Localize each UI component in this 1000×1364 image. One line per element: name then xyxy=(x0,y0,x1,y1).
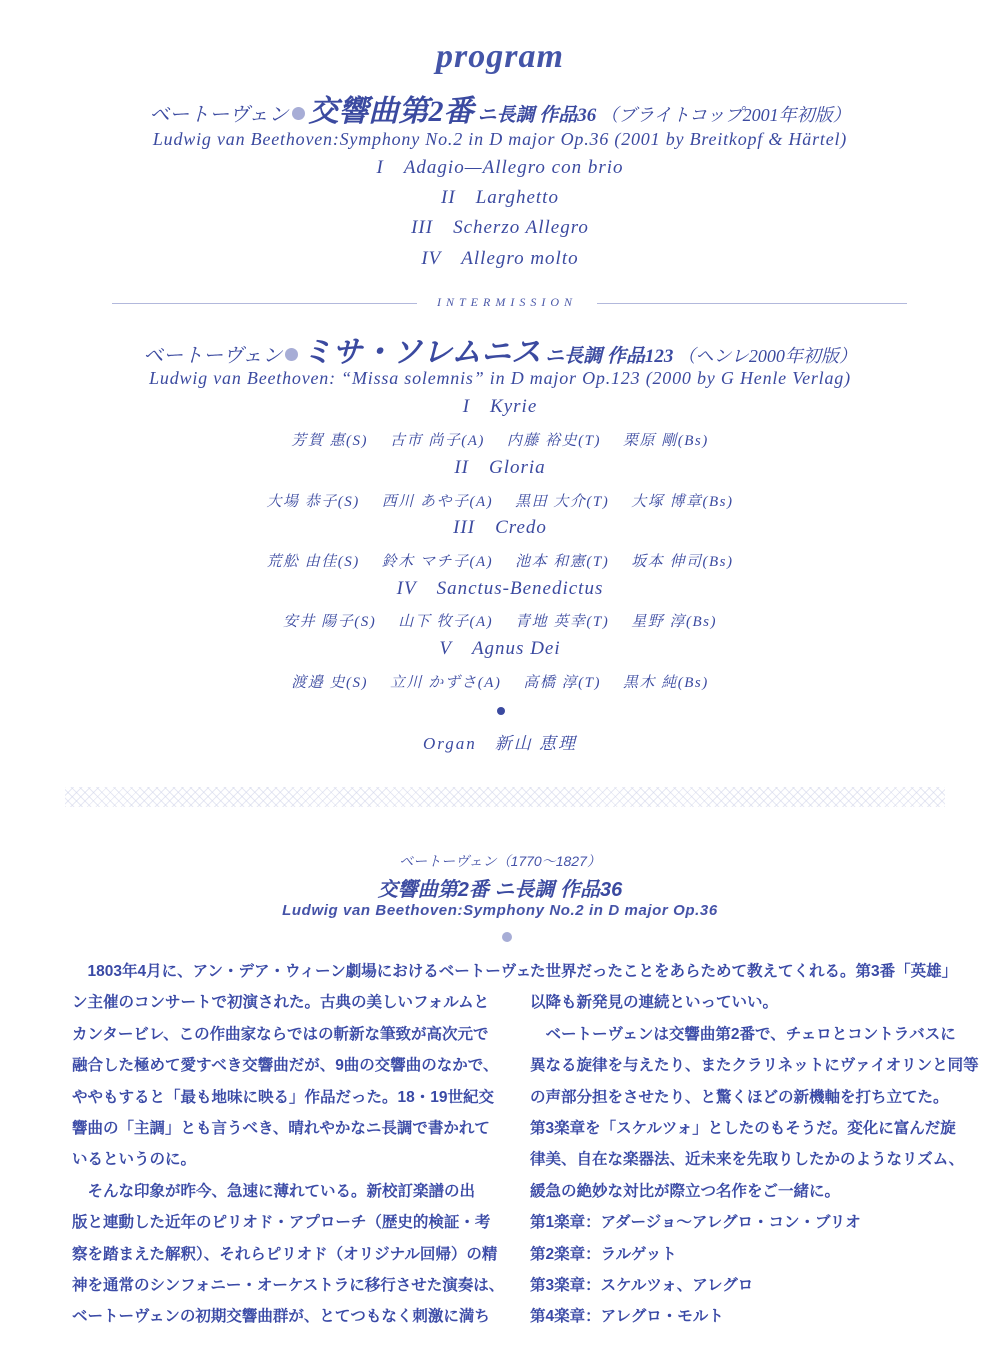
text-line: ベートーヴェンは交響曲第2番で、チェロとコントラバスに xyxy=(530,1019,950,1050)
soloist: 池本 和憲(T) xyxy=(515,554,609,570)
soloist: 内藤 裕史(T) xyxy=(507,433,601,449)
work2-edition: （ヘンレ2000年初版） xyxy=(677,346,857,366)
movement-name: Credo xyxy=(495,517,547,538)
soloist: 西川 あや子(A) xyxy=(382,494,493,510)
soloist: 栗原 剛(Bs) xyxy=(623,433,709,449)
soloists-row: 荒舩 由佳(S)鈴木 マチ子(A)池本 和憲(T)坂本 伸司(Bs) xyxy=(0,550,1000,571)
soloists-row: 安井 陽子(S)山下 牧子(A)青地 英幸(T)星野 淳(Bs) xyxy=(0,610,1000,631)
movement-list-item: 第1楽章：アダージョ〜アレグロ・コン・ブリオ xyxy=(530,1207,950,1238)
soloists-row: 渡邉 史(S)立川 かずさ(A)高橋 淳(T)黒木 純(Bs) xyxy=(0,671,1000,692)
soloist: 星野 淳(Bs) xyxy=(631,614,717,630)
work2-movement: IVSanctus-Benedictus xyxy=(0,578,1000,600)
work2-movement: VAgnus Dei xyxy=(0,638,1000,660)
movement-name: Gloria xyxy=(489,457,546,478)
movement-number: IV xyxy=(421,248,441,269)
work2-title-ja: ミサ・ソレムニス xyxy=(302,336,541,369)
text-line: 律美、自在な楽器法、近未来を先取りしたかのようなリズム、 xyxy=(530,1144,950,1175)
movement-name: Kyrie xyxy=(490,396,537,417)
soloist: 渡邉 史(S) xyxy=(291,675,368,691)
intermission-label: INTERMISSION xyxy=(417,295,597,310)
text-line: 版と連動した近年のピリオド・アプローチ（歴史的検証・考 xyxy=(72,1207,492,1238)
work1-title: ベートーヴェン交響曲第2番 ニ長調 作品36 （ブライトコップ2001年初版） xyxy=(0,86,1000,130)
work2-title-en: Ludwig van Beethoven: “Missa solemnis” i… xyxy=(0,368,1000,389)
divider-line xyxy=(112,303,417,304)
text-line: 以降も新発見の連続といっていい。 xyxy=(530,987,950,1018)
text-line: カンタービレ、この作曲家ならではの斬新な筆致が高次元で xyxy=(72,1019,492,1050)
notes-right-column: た世界だったことをあらためて教えてくれる。第3番「英雄」 以降も新発見の連続とい… xyxy=(530,956,950,1333)
text-line: ン主催のコンサートで初演された。古典の美しいフォルムと xyxy=(72,987,492,1018)
soloist: 芳賀 惠(S) xyxy=(291,433,368,449)
bullet-dot-icon xyxy=(502,932,512,942)
work1-edition: （ブライトコップ2001年初版） xyxy=(600,105,850,125)
work1-key-opus: ニ長調 作品36 xyxy=(478,105,597,126)
organist-name: 新山 恵理 xyxy=(495,734,577,753)
text-line: 緩急の絶妙な対比が際立つ名作をご一緒に。 xyxy=(530,1176,950,1207)
soloist: 高橋 淳(T) xyxy=(523,675,601,691)
work1-title-en: Ludwig van Beethoven:Symphony No.2 in D … xyxy=(0,129,1000,150)
notes-title-en: Ludwig van Beethoven:Symphony No.2 in D … xyxy=(0,902,1000,919)
intermission-divider: INTERMISSION xyxy=(112,295,907,311)
work2-movement: IIGloria xyxy=(0,457,1000,479)
soloist: 山下 牧子(A) xyxy=(398,614,493,630)
movement-list-item: 第2楽章：ラルゲット xyxy=(530,1239,950,1270)
work1-movement: IVAllegro molto xyxy=(0,248,1000,270)
movement-name: Allegro molto xyxy=(461,248,578,269)
bullet-dot-icon xyxy=(497,707,505,715)
soloists-row: 芳賀 惠(S)古市 尚子(A)内藤 裕史(T)栗原 剛(Bs) xyxy=(0,429,1000,450)
movement-name: Adagio—Allegro con brio xyxy=(404,157,624,178)
work2-movement: IKyrie xyxy=(0,396,1000,418)
soloist: 荒舩 由佳(S) xyxy=(267,554,360,570)
text-line: 察を踏まえた解釈）、それらピリオド（オリジナル回帰）の精 xyxy=(72,1239,492,1270)
organ-label: Organ xyxy=(423,734,477,753)
soloist: 大場 恭子(S) xyxy=(267,494,360,510)
soloist: 立川 かずさ(A) xyxy=(390,675,501,691)
soloist: 青地 英幸(T) xyxy=(515,614,609,630)
text-line: ベートーヴェンの初期交響曲群が、とてつもなく刺激に満ち xyxy=(72,1301,492,1332)
text-line: 神を通常のシンフォニー・オーケストラに移行させた演奏は、 xyxy=(72,1270,492,1301)
text-line: 融合した極めて愛すべき交響曲だが、9曲の交響曲のなかで、 xyxy=(72,1050,492,1081)
soloist: 大塚 博章(Bs) xyxy=(631,494,733,510)
text-line: 響曲の「主調」とも言うべき、晴れやかなニ長調で書かれて xyxy=(72,1113,492,1144)
soloist: 古市 尚子(A) xyxy=(390,433,485,449)
work1-movement: IILarghetto xyxy=(0,187,1000,209)
soloist: 鈴木 マチ子(A) xyxy=(382,554,493,570)
work1-title-ja: 交響曲第2番 xyxy=(309,95,474,128)
work2-composer: ベートーヴェン xyxy=(143,345,282,367)
movement-name: Larghetto xyxy=(476,187,559,208)
movement-number: III xyxy=(411,217,433,238)
text-line: そんな印象が昨今、急速に薄れている。新校訂楽譜の出 xyxy=(72,1176,492,1207)
work2-movement: IIICredo xyxy=(0,517,1000,539)
movement-name: Sanctus-Benedictus xyxy=(437,578,604,599)
movement-list-item: 第4楽章：アレグロ・モルト xyxy=(530,1301,950,1332)
movement-number: II xyxy=(441,187,456,208)
movement-name: Agnus Dei xyxy=(472,638,561,659)
text-line: た世界だったことをあらためて教えてくれる。第3番「英雄」 xyxy=(530,956,950,987)
work2-title: ベートーヴェンミサ・ソレムニス ニ長調 作品123 （ヘンレ2000年初版） xyxy=(0,327,1000,371)
movement-number: I xyxy=(377,157,384,178)
work1-movement: IAdagio—Allegro con brio xyxy=(0,157,1000,179)
movement-name: Scherzo Allegro xyxy=(453,217,589,238)
text-line: ややもすると「最も地味に映る」作品だった。18・19世紀交 xyxy=(72,1082,492,1113)
soloist: 黒田 大介(T) xyxy=(515,494,609,510)
text-line: 1803年4月に、アン・デア・ウィーン劇場におけるベートーヴェ xyxy=(72,956,492,987)
work1-composer: ベートーヴェン xyxy=(149,104,288,126)
organ-credit: Organ新山 恵理 xyxy=(0,729,1000,754)
movement-number: III xyxy=(453,517,475,538)
movement-list-item: 第3楽章：スケルツォ、アレグロ xyxy=(530,1270,950,1301)
soloists-row: 大場 恭子(S)西川 あや子(A)黒田 大介(T)大塚 博章(Bs) xyxy=(0,490,1000,511)
movement-number: II xyxy=(454,457,469,478)
notes-composer: ベートーヴェン（1770〜1827） xyxy=(0,851,1000,871)
soloist: 黒木 純(Bs) xyxy=(623,675,709,691)
work1-movement: IIIScherzo Allegro xyxy=(0,217,1000,239)
movement-number: V xyxy=(439,638,452,659)
text-line: 第3楽章を「スケルツォ」としたのもそうだ。変化に富んだ旋 xyxy=(530,1113,950,1144)
divider-line xyxy=(597,303,907,304)
movement-number: IV xyxy=(397,578,417,599)
work2-key-opus: ニ長調 作品123 xyxy=(545,346,673,367)
notes-left-column: 1803年4月に、アン・デア・ウィーン劇場におけるベートーヴェ ン主催のコンサー… xyxy=(72,956,492,1333)
soloist: 坂本 伸司(Bs) xyxy=(631,554,733,570)
text-line: 異なる旋律を与えたり、またクラリネットにヴァイオリンと同等 xyxy=(530,1050,950,1081)
program-title: program xyxy=(0,38,1000,76)
bullet-dot-icon xyxy=(292,107,305,120)
soloist: 安井 陽子(S) xyxy=(283,614,376,630)
text-line: の声部分担をさせたり、と驚くほどの新機軸を打ち立てた。 xyxy=(530,1082,950,1113)
ornament-divider xyxy=(65,787,945,807)
bullet-dot-icon xyxy=(285,348,298,361)
notes-title-ja: 交響曲第2番 ニ長調 作品36 xyxy=(0,873,1000,902)
movement-number: I xyxy=(463,396,470,417)
text-line: いるというのに。 xyxy=(72,1144,492,1175)
